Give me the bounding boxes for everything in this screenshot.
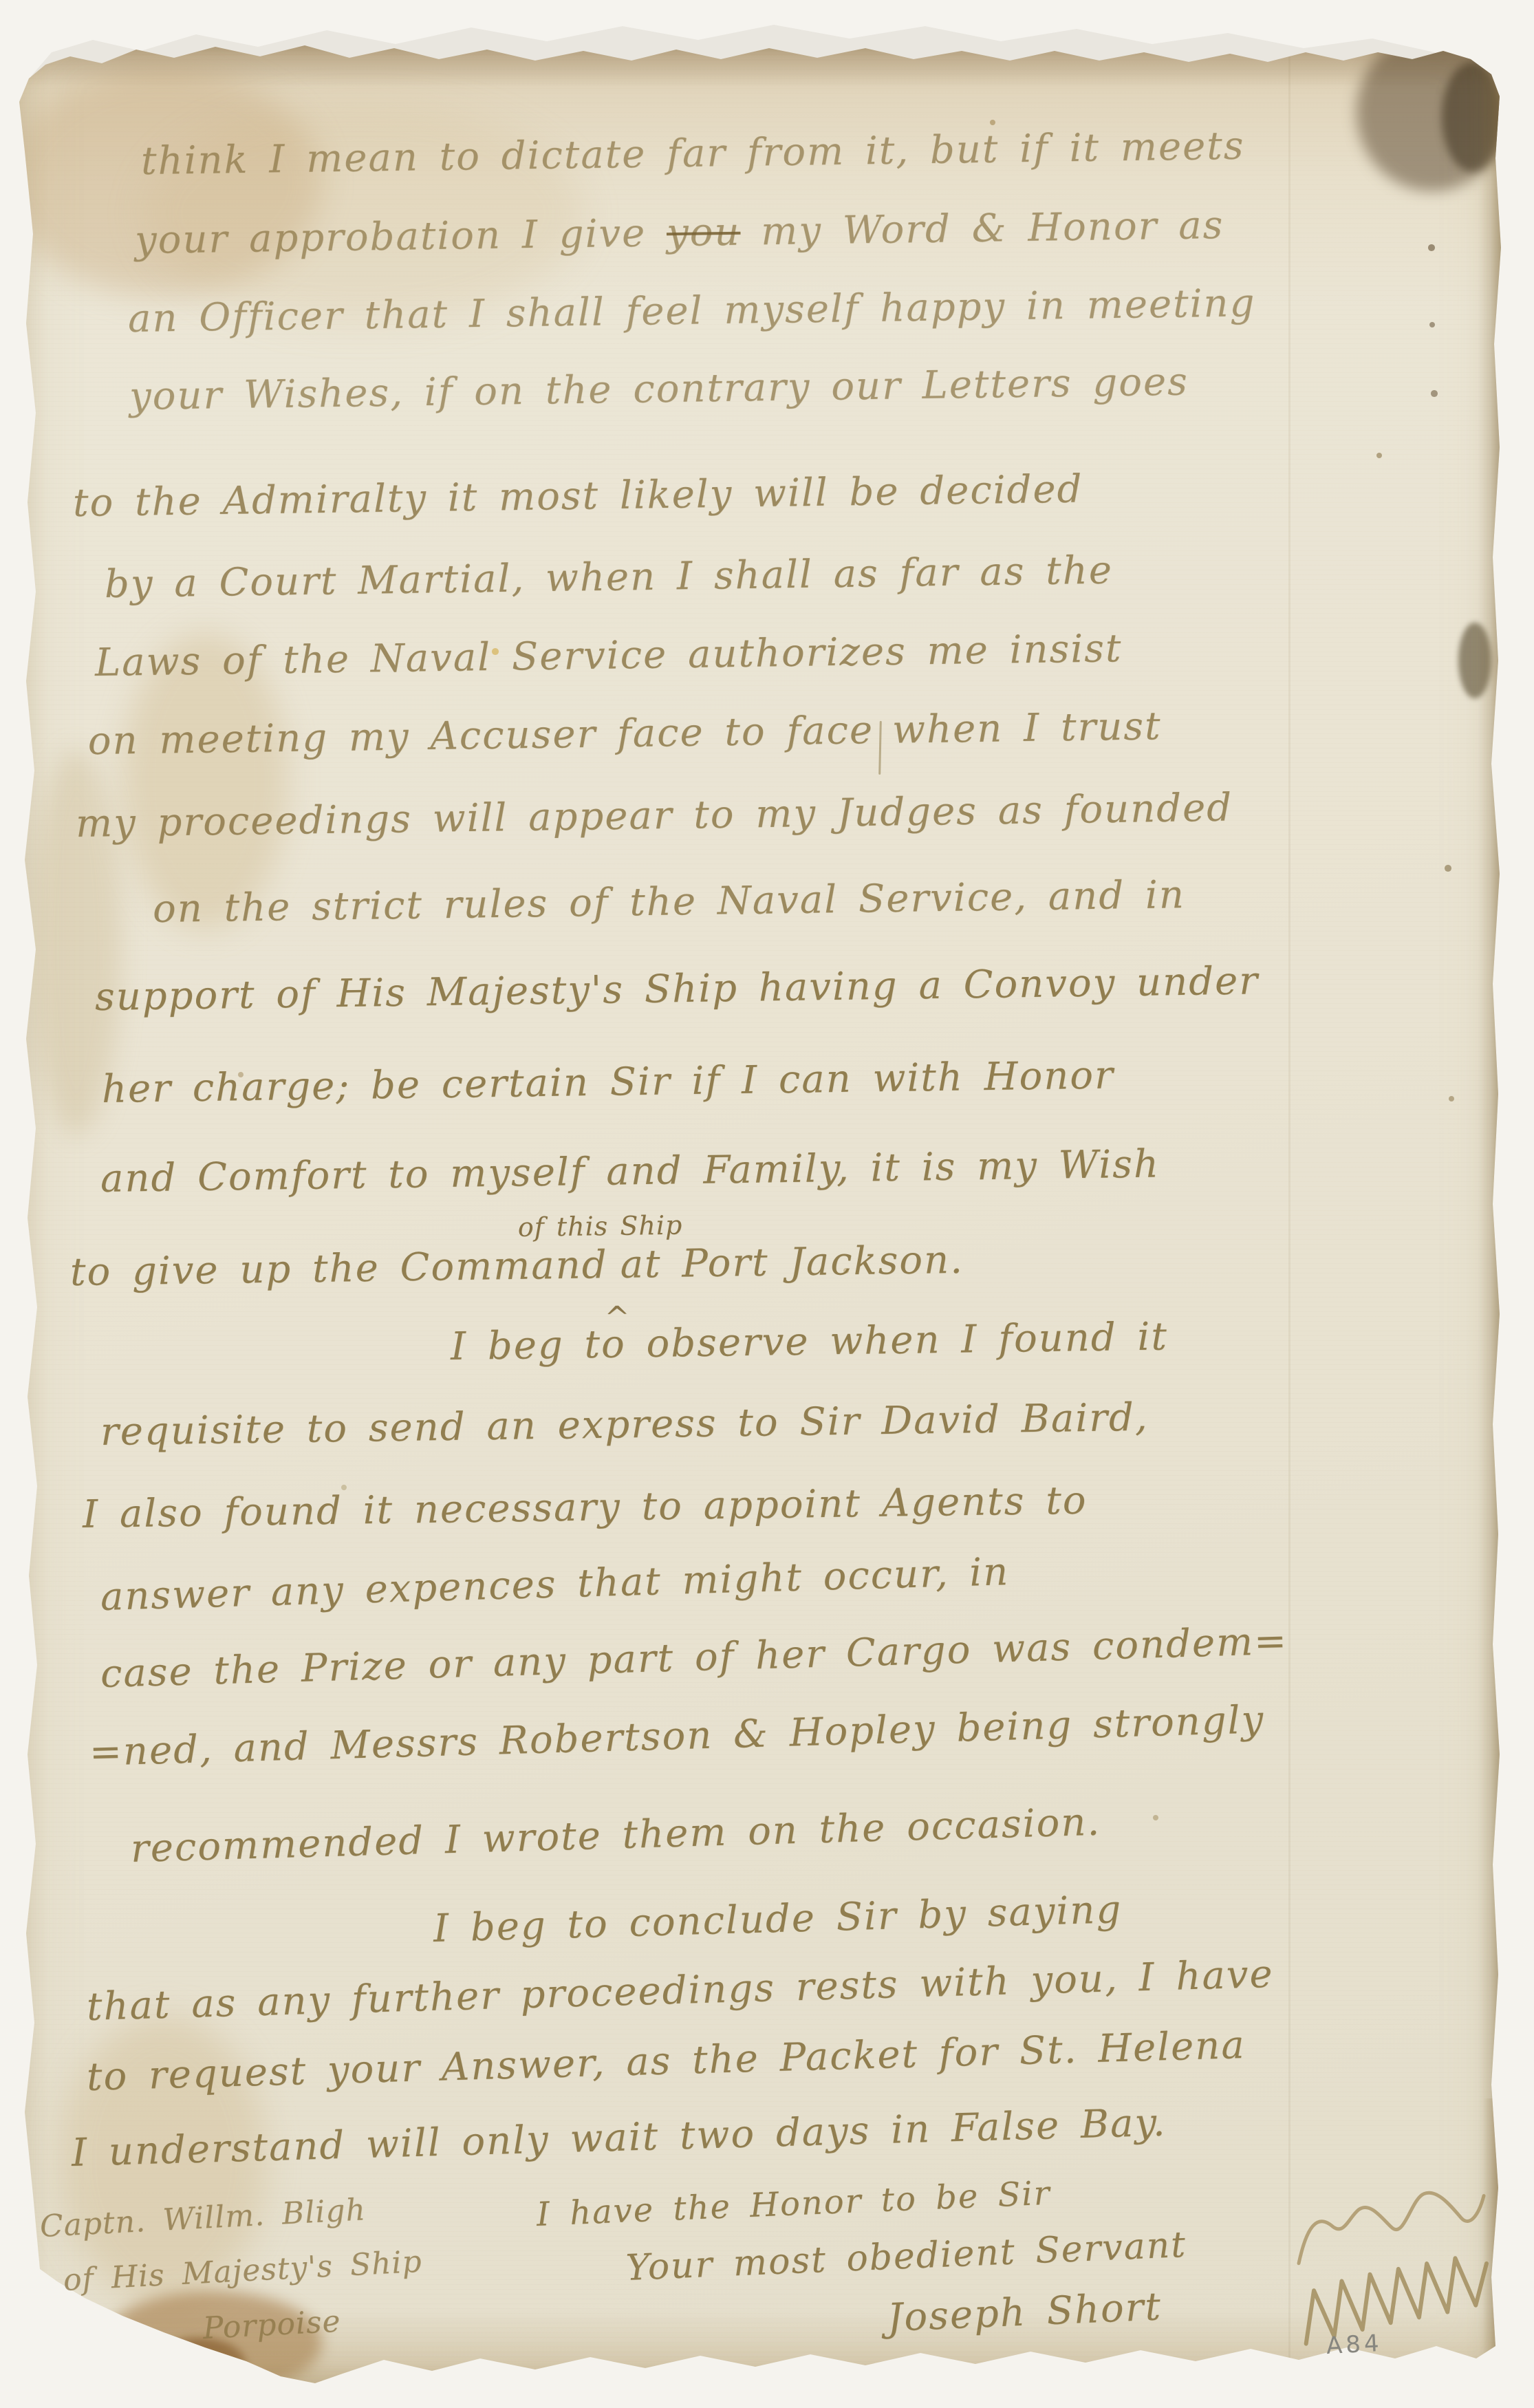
letter-line-19: case the Prize or any part of her Cargo …: [100, 1620, 1288, 1697]
scanned-letter-page: think I mean to dictate far from it, but…: [0, 0, 1534, 2408]
letter-line-10: on the strict rules of the Naval Service…: [153, 873, 1186, 932]
letter-line-1: think I mean to dictate far from it, but…: [141, 125, 1245, 184]
letter-line-11: support of His Majesty's Ship having a C…: [95, 959, 1260, 1020]
letter-line-4: your Wishes, if on the contrary our Lett…: [129, 361, 1189, 420]
addressee-ship: of His Majesty's Ship: [63, 2245, 423, 2299]
closing-line: I have the Honor to be Sir: [536, 2175, 1052, 2234]
letter-line-17: I also found it necessary to appoint Age…: [83, 1479, 1088, 1538]
letter-line-13: and Comfort to myself and Family, it is …: [100, 1142, 1160, 1201]
line-14-after: at Port Jackson.: [620, 1238, 964, 1287]
line-8-after: when I trust: [892, 704, 1162, 752]
insertion-text: of this Ship: [518, 1211, 683, 1243]
ink-mark: [879, 721, 883, 775]
line-8-before: on meeting my Accuser face to face: [87, 708, 874, 764]
addressee-name: Captn. Willm. Bligh: [39, 2193, 367, 2244]
letter-line-25: I understand will only wait two days in …: [71, 2101, 1167, 2176]
letter-text: think I mean to dictate far from it, but…: [0, 0, 1534, 2408]
addressee-ship-name: Porpoise: [202, 2305, 342, 2347]
letter-line-12: her charge; be certain Sir if I can with…: [102, 1053, 1115, 1112]
letter-line-5: to the Admiralty it most likely will be …: [73, 467, 1083, 526]
letter-line-8: on meeting my Accuser face to facewhen I…: [87, 705, 1162, 786]
letter-line-23: that as any further proceedings rests wi…: [86, 1953, 1274, 2030]
line-2-before: your approbation I give: [135, 211, 667, 263]
letter-line-15: I beg to observe when I found it: [451, 1315, 1169, 1369]
letter-line-3: an Officer that I shall feel myself happ…: [128, 281, 1256, 341]
struck-word: you: [667, 210, 741, 255]
letter-line-18: answer any expences that might occur, in: [100, 1550, 1010, 1620]
interline-insertion: of this Ship^: [608, 1271, 620, 1278]
archival-pencil-mark: A84: [1326, 2330, 1383, 2360]
letter-line-16: requisite to send an express to Sir Davi…: [100, 1396, 1149, 1455]
letter-line-14: to give up the Commandof this Ship^at Po…: [70, 1238, 964, 1296]
closing-line-2: Your most obedient Servant: [625, 2225, 1188, 2290]
letter-line-9: my proceedings will appear to my Judges …: [76, 786, 1233, 847]
letter-line-2: your approbation I give you my Word & Ho…: [135, 204, 1224, 263]
letter-line-21: recommended I wrote them on the occasion…: [130, 1800, 1101, 1872]
letter-line-7: Laws of the Naval Service authorizes me …: [95, 627, 1123, 685]
letter-line-20: =ned, and Messrs Robertson & Hopley bein…: [89, 1698, 1265, 1775]
signature: Joseph Short: [887, 2285, 1163, 2341]
line-14-before: to give up the Command: [70, 1243, 608, 1295]
letter-line-22: I beg to conclude Sir by saying: [433, 1888, 1123, 1951]
letter-line-24: to request your Answer, as the Packet fo…: [86, 2023, 1246, 2100]
letter-line-6: by a Court Martial, when I shall as far …: [105, 549, 1114, 608]
line-2-after: my Word & Honor as: [740, 203, 1224, 255]
